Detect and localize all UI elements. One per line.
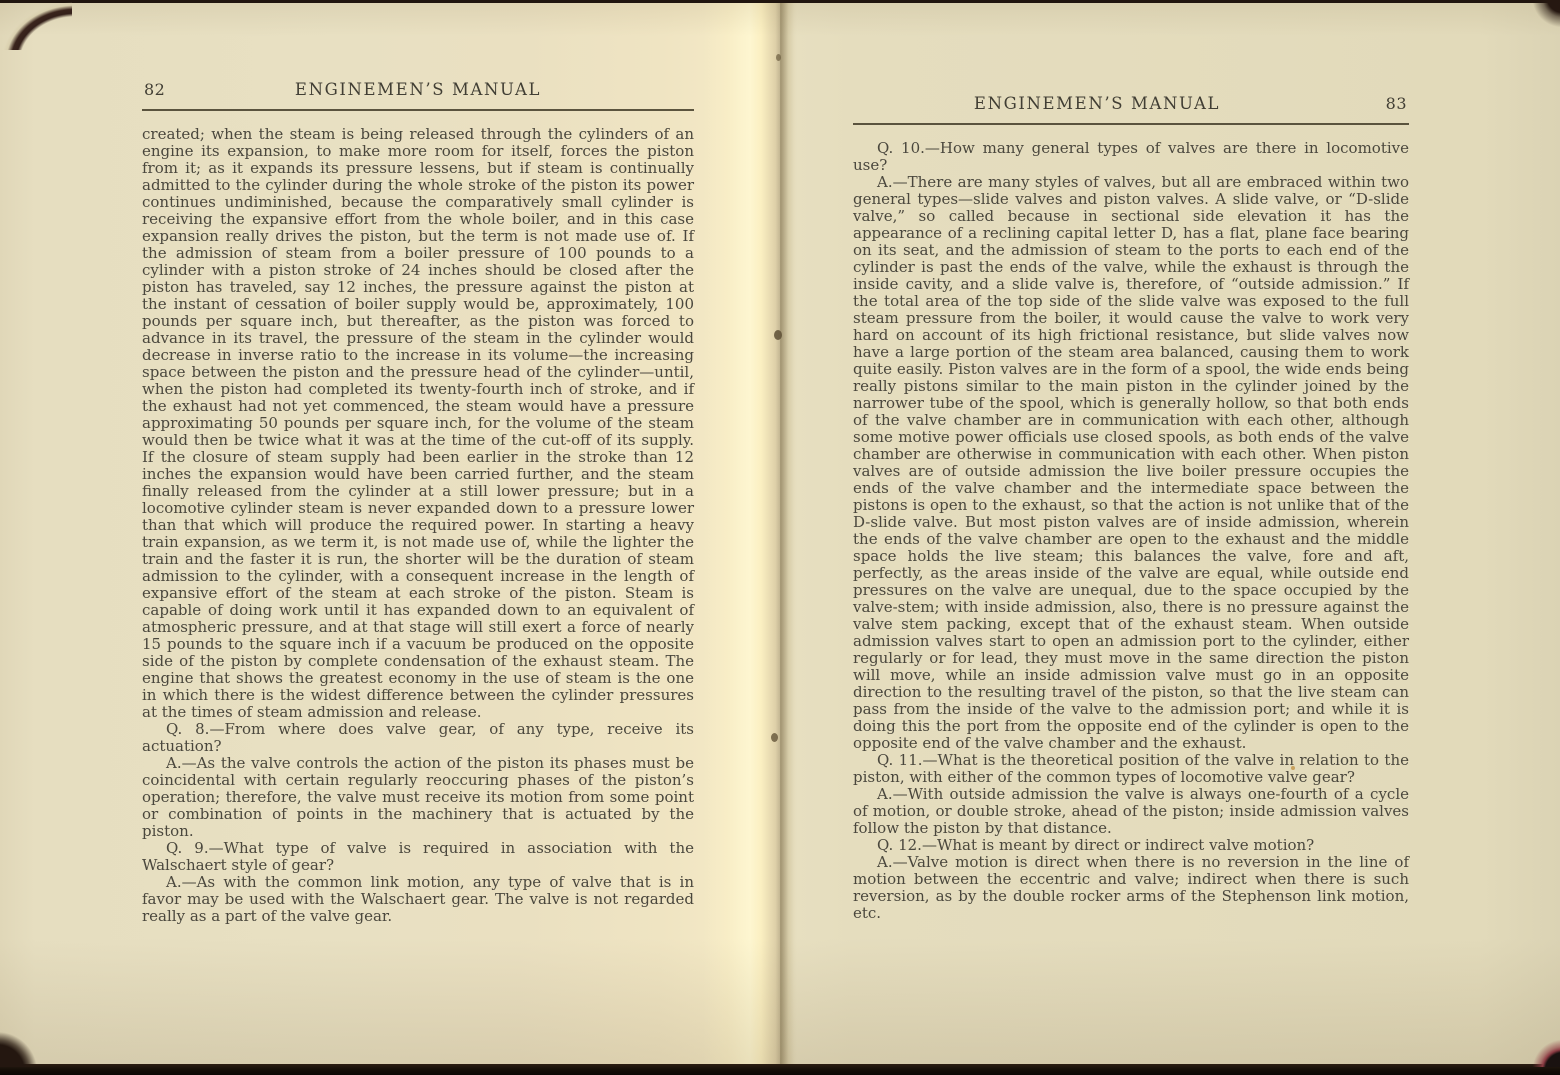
paragraph: A.—As the valve controls the action of t…	[142, 755, 694, 840]
paragraph: Q. 8.—From where does valve gear, of any…	[142, 721, 694, 755]
page-body-right: Q. 10.—How many general types of valves …	[853, 140, 1409, 922]
page-83: ENGINEMEN’S MANUAL 83 Q. 10.—How many ge…	[853, 94, 1409, 922]
page-number: 83	[1386, 94, 1407, 113]
paragraph: A.—There are many styles of valves, but …	[853, 174, 1409, 752]
paragraph: A.—Valve motion is direct when there is …	[853, 854, 1409, 922]
paragraph: A.—With outside admission the valve is a…	[853, 786, 1409, 837]
paragraph: A.—As with the common link motion, any t…	[142, 874, 694, 925]
header-rule	[853, 123, 1409, 125]
scan-edge-top	[0, 0, 1560, 3]
page-header-left: 82 ENGINEMEN’S MANUAL	[142, 80, 694, 104]
page-header-right: ENGINEMEN’S MANUAL 83	[853, 94, 1409, 118]
paragraph: Q. 9.—What type of valve is required in …	[142, 840, 694, 874]
page-body-left: created; when the steam is being release…	[142, 126, 694, 925]
running-title: ENGINEMEN’S MANUAL	[819, 94, 1375, 113]
cover-corner-bottom-right	[1520, 1023, 1560, 1067]
gutter-speck	[774, 330, 782, 340]
gutter-speck	[776, 54, 781, 61]
running-title: ENGINEMEN’S MANUAL	[142, 80, 694, 99]
cover-corner-bottom-left	[0, 1019, 44, 1067]
paragraph: Q. 12.—What is meant by direct or indire…	[853, 837, 1409, 854]
scan-edge-bottom	[0, 1064, 1560, 1075]
page-number: 82	[144, 80, 165, 99]
cover-corner-top-left	[0, 0, 72, 50]
page-82: 82 ENGINEMEN’S MANUAL created; when the …	[142, 80, 694, 925]
gutter-speck	[771, 733, 778, 742]
paragraph: Q. 10.—How many general types of valves …	[853, 140, 1409, 174]
paragraph: Q. 11.—What is the theoretical position …	[853, 752, 1409, 786]
paragraph: created; when the steam is being release…	[142, 126, 694, 721]
gutter-shadow	[703, 0, 797, 1066]
book-scan: 82 ENGINEMEN’S MANUAL created; when the …	[0, 0, 1560, 1075]
cover-corner-top-right	[1516, 0, 1560, 32]
header-rule	[142, 109, 694, 111]
